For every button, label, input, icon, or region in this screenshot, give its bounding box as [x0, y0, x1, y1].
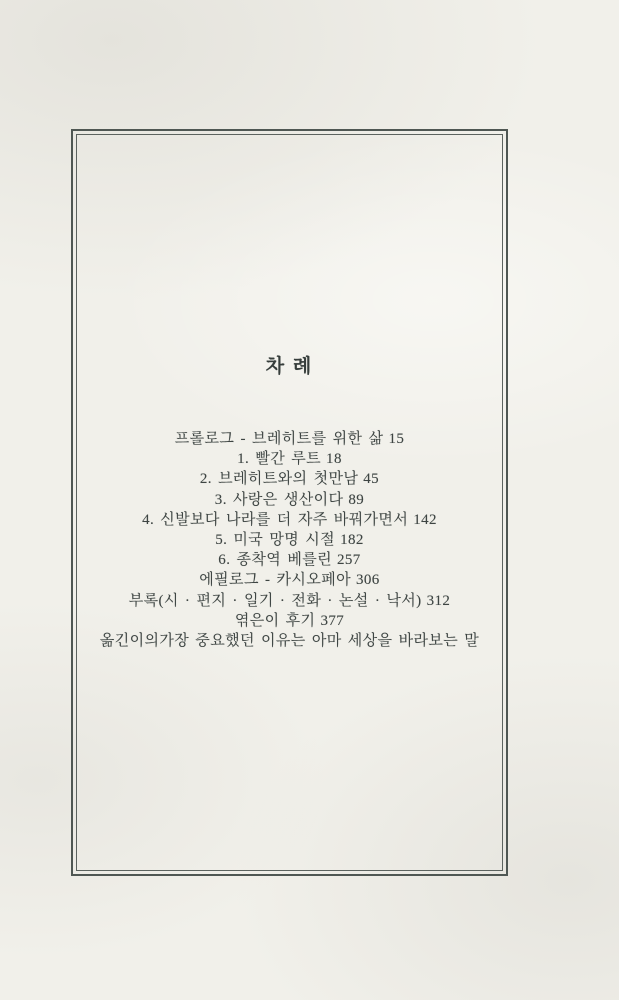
toc-entry: 옮긴이의가장 중요했던 이유는 아마 세상을 바라보는 말 [73, 631, 506, 651]
toc-page-number: 377 [320, 613, 344, 629]
toc-entry: 6. 종착역 베를린257 [73, 550, 506, 570]
toc-entry: 부록(시 · 편지 · 일기 · 전화 · 논설 · 낙서)312 [73, 591, 506, 611]
toc-page-number: 89 [348, 492, 364, 508]
toc-entry-text: 엮은이 후기 [235, 613, 316, 629]
toc-entry-text: 6. 종착역 베를린 [218, 552, 332, 568]
toc-entry-text: 5. 미국 망명 시절 [215, 532, 335, 548]
toc-entry: 3. 사랑은 생산이다89 [73, 490, 506, 510]
toc-entry-text: 3. 사랑은 생산이다 [215, 492, 344, 508]
toc-entry-text: 4. 신발보다 나라를 더 자주 바꿔가면서 [142, 512, 408, 528]
toc-page-number: 15 [388, 431, 404, 447]
scanned-book-page: { "toc": { "title": "차 례", "entries": [ … [0, 0, 619, 1000]
paper-background: 차 례 프롤로그 - 브레히트를 위한 삶15 1. 빨간 루트18 2. 브레… [0, 0, 619, 1000]
toc-entry-text: 에필로그 - 카시오페아 [199, 572, 351, 588]
toc-page-number: 182 [340, 532, 364, 548]
toc-page-number: 18 [326, 451, 342, 467]
toc-page-number: 312 [427, 593, 451, 609]
toc-entry: 1. 빨간 루트18 [73, 449, 506, 469]
toc-entry-text: 프롤로그 - 브레히트를 위한 삶 [175, 431, 384, 447]
toc-page-number: 142 [413, 512, 437, 528]
toc-page-number: 45 [363, 471, 379, 487]
toc-page-number: 306 [356, 572, 380, 588]
toc-list: 프롤로그 - 브레히트를 위한 삶15 1. 빨간 루트18 2. 브레히트와의… [73, 429, 506, 651]
toc-page-number: 257 [337, 552, 361, 568]
border-frame: 차 례 프롤로그 - 브레히트를 위한 삶15 1. 빨간 루트18 2. 브레… [71, 129, 508, 876]
toc-entry: 5. 미국 망명 시절182 [73, 530, 506, 550]
toc-entry: 2. 브레히트와의 첫만남45 [73, 469, 506, 489]
toc-entry: 프롤로그 - 브레히트를 위한 삶15 [73, 429, 506, 449]
toc-entry-text: 2. 브레히트와의 첫만남 [200, 471, 358, 487]
toc-entry: 에필로그 - 카시오페아306 [73, 570, 506, 590]
toc-entry-text: 부록(시 · 편지 · 일기 · 전화 · 논설 · 낙서) [129, 593, 422, 609]
page-title: 차 례 [73, 354, 506, 380]
toc-entry-text: 1. 빨간 루트 [237, 451, 321, 467]
toc-entry: 4. 신발보다 나라를 더 자주 바꿔가면서142 [73, 510, 506, 530]
toc-entry: 엮은이 후기377 [73, 611, 506, 631]
toc-entry-text: 옮긴이의가장 중요했던 이유는 아마 세상을 바라보는 말 [100, 633, 479, 649]
